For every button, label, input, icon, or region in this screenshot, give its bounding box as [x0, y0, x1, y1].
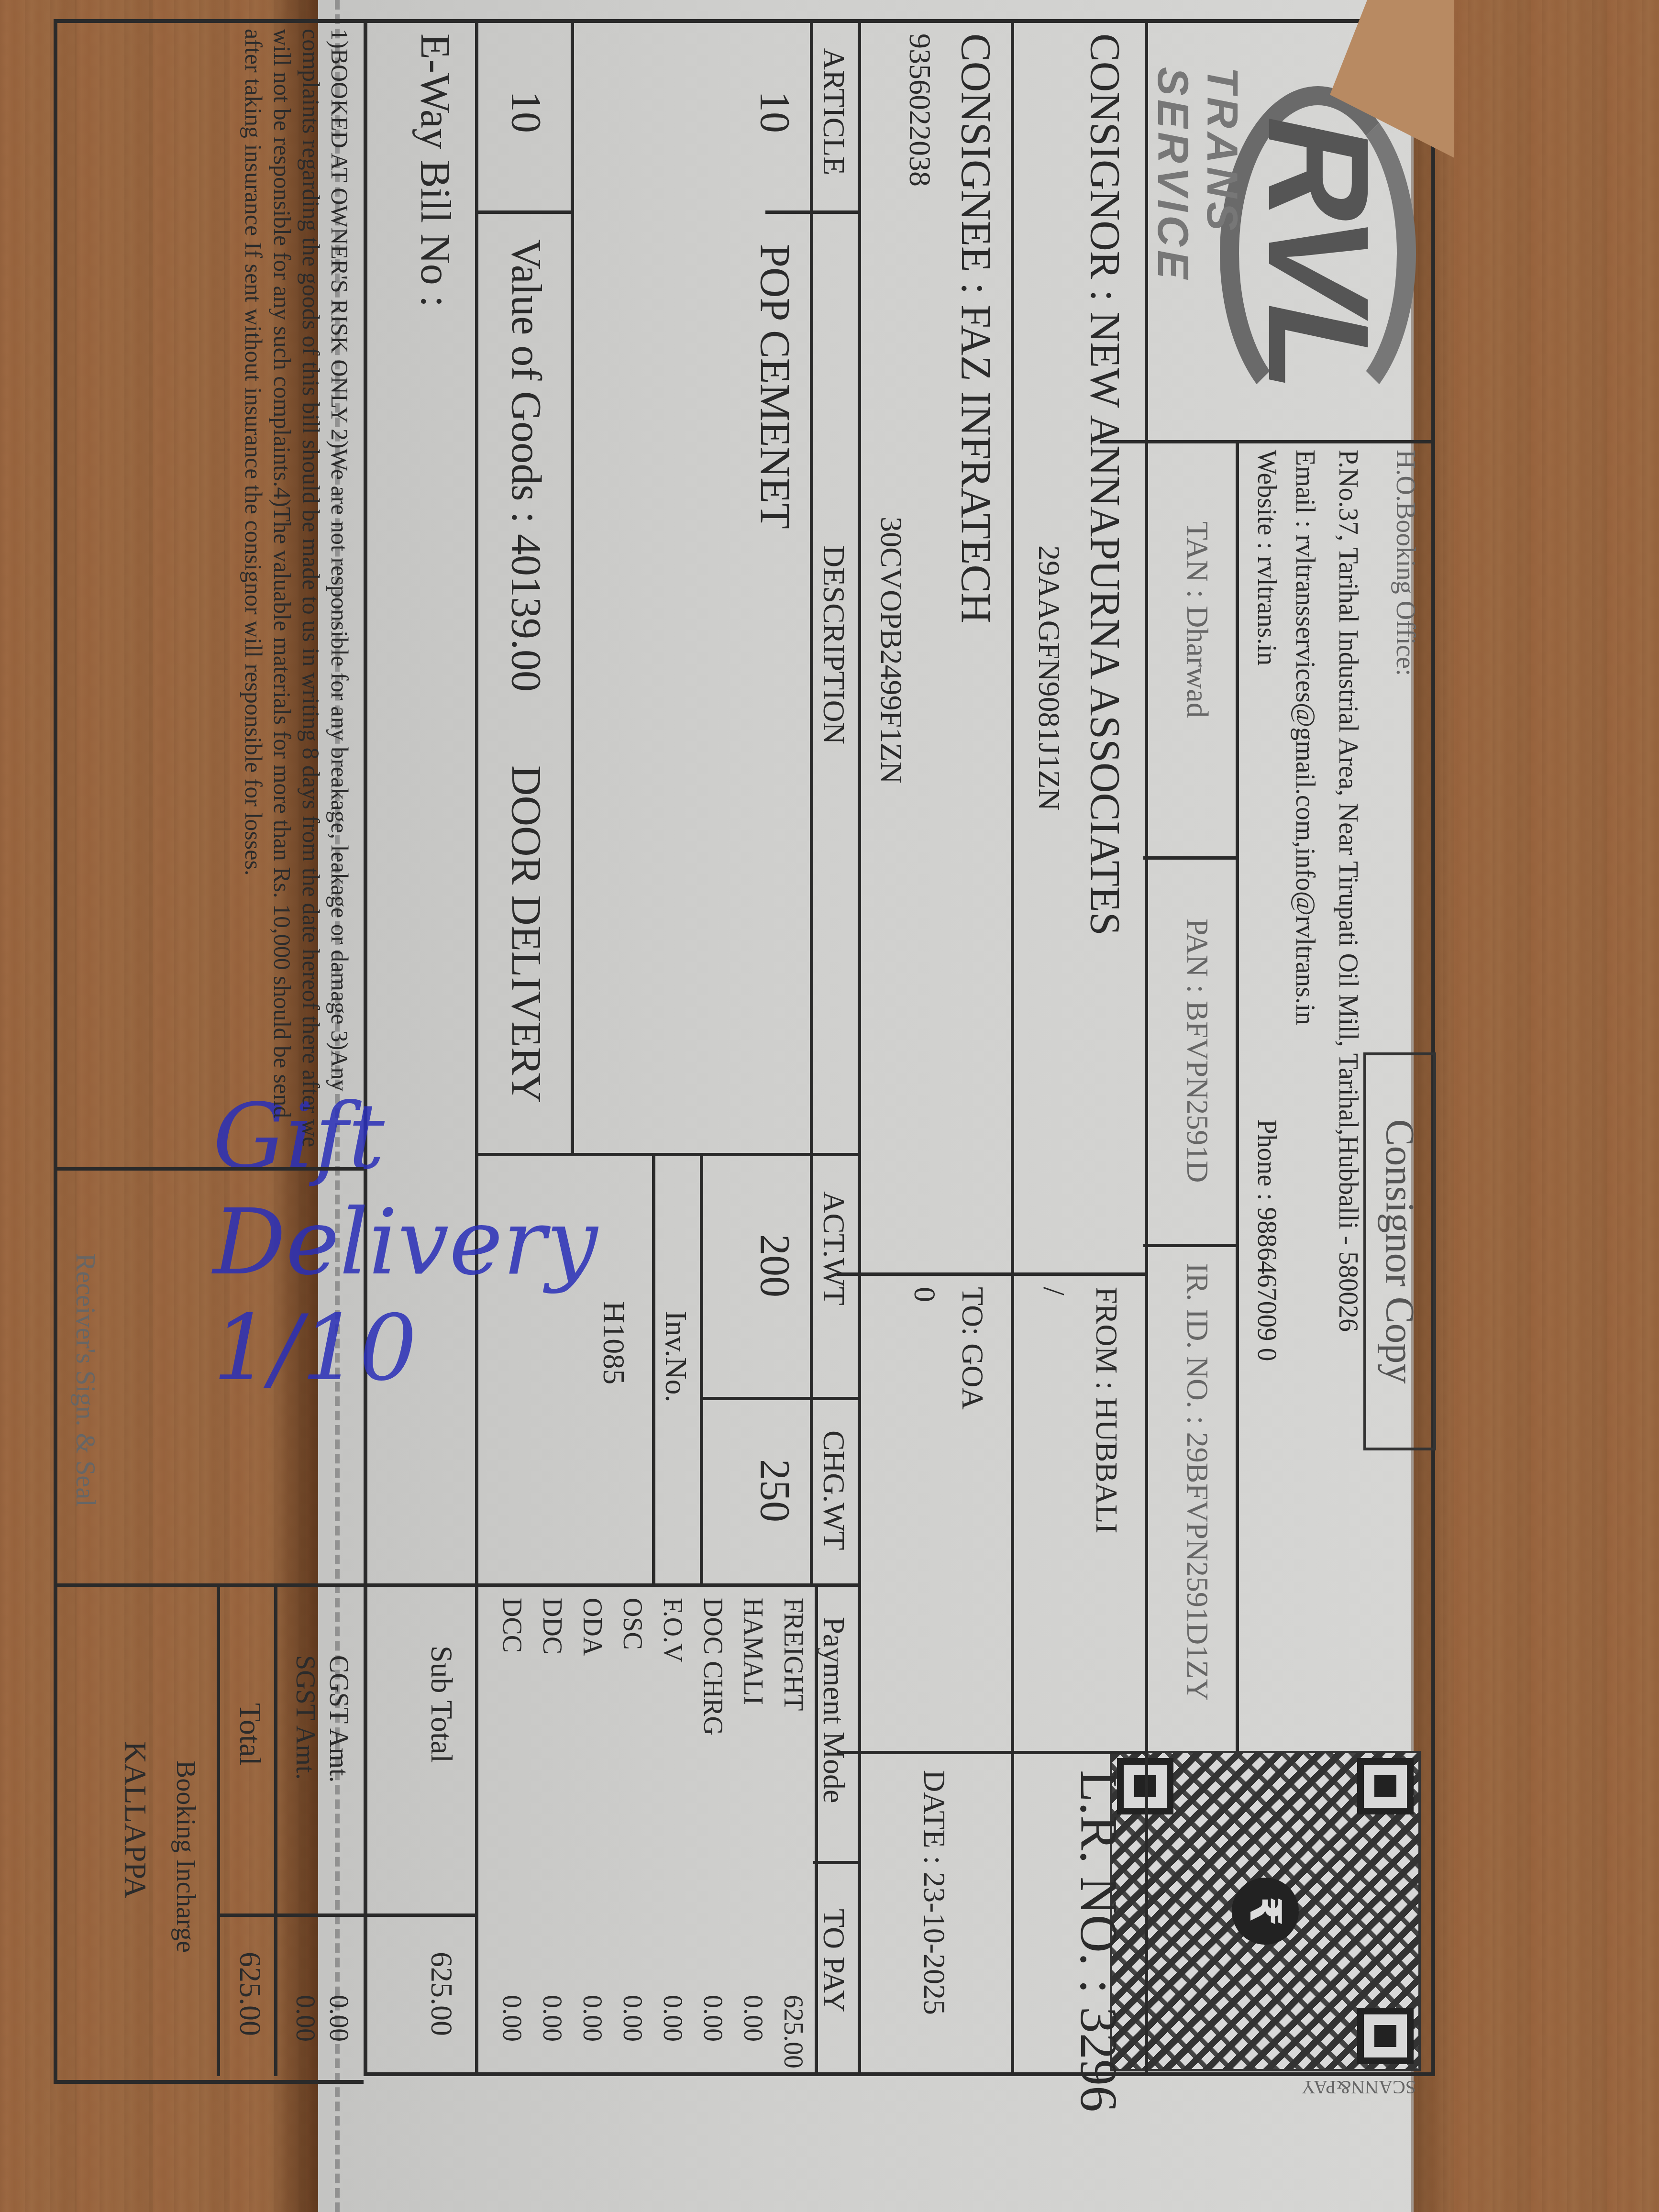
divider [1143, 856, 1239, 860]
divider [810, 19, 813, 1583]
header-charged-weight: CHG.WT [816, 1430, 852, 1550]
to-extra: 0 [907, 1287, 942, 1302]
copy-label: Consignor Copy [1363, 1052, 1436, 1450]
tan-number: TAN : Dharwad [1180, 521, 1215, 718]
from-extra: / [1036, 1287, 1072, 1295]
rupee-upi-icon: ₹ [1232, 1878, 1299, 1945]
divider [1100, 440, 1435, 443]
charge-amount: 0.00 [738, 1995, 768, 2042]
divider [475, 1583, 478, 2076]
goods-description: POP CEMENET [751, 244, 799, 529]
divider [571, 19, 574, 1153]
charge-amount: 0.00 [577, 1995, 608, 2042]
company-address: P.No.37, Tarihal Industrial Area, Near T… [1333, 450, 1363, 1332]
lorry-receipt: RVL TRANS SERVICE H.O.Booking Office: Co… [364, 19, 1435, 2076]
divider [837, 1272, 1148, 1276]
qr-finder [1357, 2008, 1414, 2064]
charge-amount: 0.00 [697, 1995, 728, 2042]
header-article: ARTICLE [816, 48, 852, 175]
sub-total-label: Sub Total [424, 1646, 459, 1763]
from-location: FROM : HUBBALI [1089, 1287, 1124, 1534]
divider [1236, 440, 1239, 1751]
divider [765, 210, 861, 214]
divider [364, 1583, 861, 1587]
divider [858, 19, 861, 2076]
logo-text: RVL [1236, 102, 1402, 407]
total-label: Total [232, 1703, 268, 1766]
divider [1011, 19, 1014, 2076]
consignee-name: CONSIGNEE : FAZ INFRATECH [951, 33, 1000, 623]
payment-mode-value: TO PAY [816, 1909, 852, 2012]
lr-number: L.R. NO. : 3296 [1068, 1770, 1129, 2112]
divider [1145, 19, 1148, 2076]
divider [478, 210, 574, 214]
divider [815, 1583, 818, 2076]
header-description: DESCRIPTION [816, 545, 852, 744]
value-of-goods: Value of Goods : 40139.00 [502, 239, 550, 692]
qr-finder [1357, 1758, 1414, 1814]
payment-mode-label: Payment Mode [816, 1617, 852, 1803]
qr-caption: SCANN&PAY [1302, 2076, 1416, 2099]
divider [703, 1397, 861, 1400]
divider [217, 1583, 220, 2076]
office-label: H.O.Booking Office: [1390, 450, 1421, 676]
to-location: TO: GOA [955, 1287, 990, 1410]
consignee-phone: 9356022038 [902, 33, 938, 187]
consignor-gstin: 29AAGFN9081J1ZN [1031, 545, 1067, 811]
pan-number: PAN : BFVPN2591D [1180, 918, 1215, 1183]
charge-name: HAMALI [738, 1598, 768, 1705]
charge-amount: 625.00 [778, 1995, 808, 2068]
company-website: Website : rvltrans.in [1251, 450, 1282, 665]
booking-incharge-name: KALLAPPA [118, 1741, 153, 1898]
charge-amount: 0.00 [537, 1995, 567, 2042]
sub-total-value: 625.00 [424, 1952, 459, 2036]
charge-name: ODA [577, 1598, 608, 1656]
total-value: 625.00 [232, 1952, 268, 2036]
consignee-gstin: 30CVOPB2499F1ZN [874, 517, 909, 784]
divider [837, 1751, 1148, 1754]
gst-number: IR. ID. NO. : 29BFVPN2591D1ZY [1180, 1263, 1215, 1701]
lr-date: DATE : 23-10-2025 [917, 1770, 952, 2015]
charge-amount: 0.00 [617, 1995, 648, 2042]
payment-qr-code[interactable]: ₹ [1110, 1751, 1421, 2071]
receiver-sign-label: Receiver's Sign. & Seal [70, 1253, 100, 1507]
booking-incharge-label: Booking Incharge [170, 1760, 201, 1953]
handwritten-note: Gift Delivery 1/10 [213, 1084, 763, 1371]
charged-weight: 250 [751, 1459, 799, 1522]
charge-name: DCC [497, 1598, 527, 1653]
charge-name: F.O.V [657, 1598, 688, 1663]
charge-name: OSC [617, 1598, 648, 1650]
company-email: Email : rvltransservices@gmail.com,info@… [1290, 450, 1320, 1025]
company-phone: Phone : 9886467009 0 [1251, 1119, 1282, 1361]
article-count: 10 [751, 91, 799, 133]
logo-tagline: TRANS SERVICE [1148, 67, 1246, 431]
delivery-type: DOOR DELIVERY [502, 765, 550, 1103]
divider [813, 1861, 861, 1864]
charge-name: DOC CHRG [697, 1598, 728, 1736]
eway-bill-label: E-Way Bill No : [411, 33, 459, 307]
charge-amount: 0.00 [497, 1995, 527, 2042]
total-articles: 10 [502, 91, 550, 133]
divider [364, 1913, 478, 1917]
charge-name: DDC [537, 1598, 567, 1654]
copy-label-text: Consignor Copy [1377, 1119, 1423, 1383]
charge-name: FREIGHT [778, 1598, 808, 1711]
charge-amount: 0.00 [657, 1995, 688, 2042]
consignor-name: CONSIGNOR : NEW ANNAPURNA ASSOCIATES [1081, 33, 1129, 936]
header-actual-weight: ACT.WT [816, 1191, 852, 1305]
divider [1143, 1244, 1239, 1247]
